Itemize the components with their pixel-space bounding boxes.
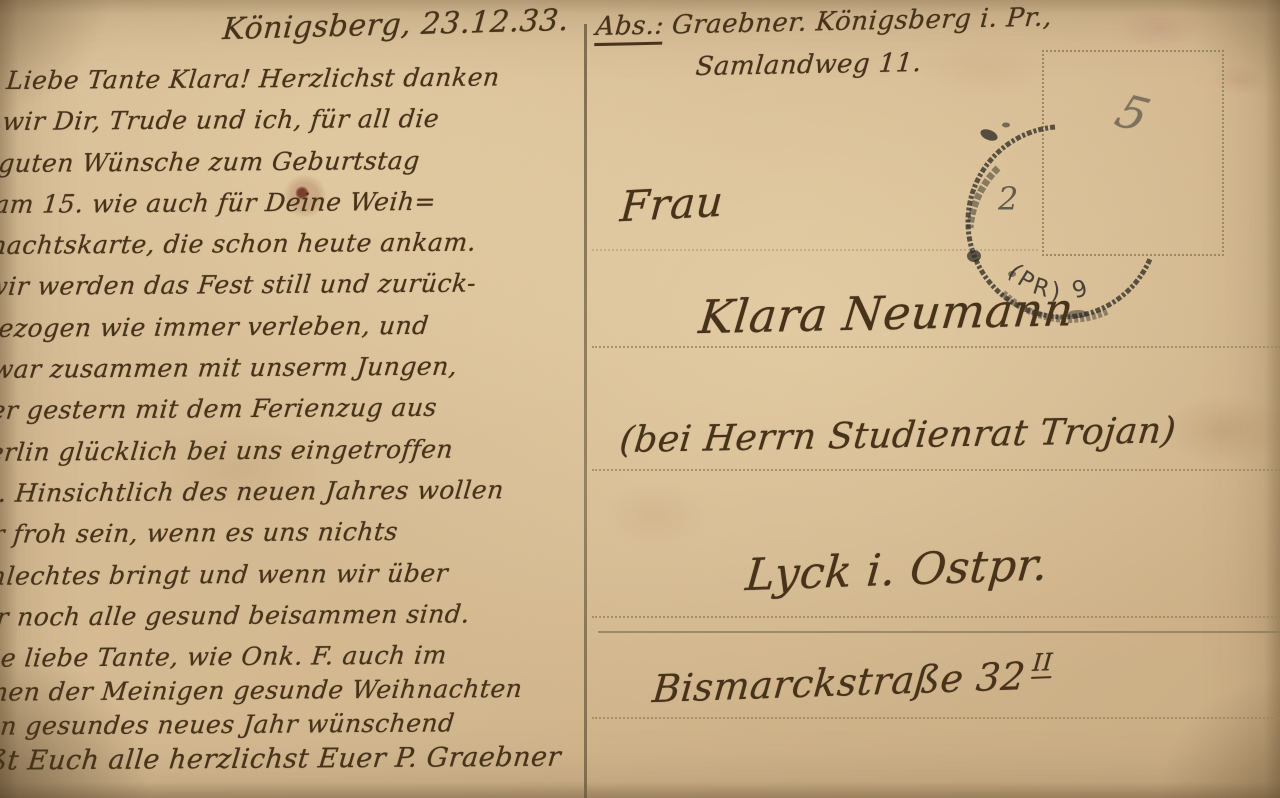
message-line: grüßt Euch alle herzlichst Euer P. Graeb…: [0, 741, 594, 779]
message-line: Jahr noch alle gesund beisammen sind.: [0, 598, 608, 644]
address-street: Bismarckstraße 32II: [651, 648, 1054, 711]
message-line: guten Wünsche zum Geburtstag: [0, 144, 652, 190]
sender-line: Abs.:Graebner. Königsberg i. Pr.,: [594, 2, 1053, 42]
message-line: gezogen wie immer verleben, und: [0, 309, 636, 355]
message-line: Liebe Tante Klara! Herzlichst danken: [4, 61, 661, 107]
address-rule-5: [592, 717, 1280, 719]
message-line: u. ein gesundes neues Jahr wünschend: [0, 707, 597, 745]
message-line: Die liebe Tante, wie Onk. F. auch im: [0, 640, 604, 678]
message-line: wir froh sein, wenn es uns nichts: [0, 516, 616, 562]
message-line: ist. Hinsichtlich des neuen Jahres wolle…: [0, 474, 620, 520]
message-line: Schlechtes bringt und wenn wir über: [0, 557, 612, 603]
message-line: Berlin glücklich bei uns eingetroffen: [0, 433, 624, 479]
address-rule-4: [592, 616, 1280, 618]
sender-abs-label: Abs.:: [594, 11, 665, 46]
address-salutation: Frau: [619, 177, 726, 232]
sender-street: Samlandweg 11.: [694, 48, 923, 82]
address-rule-solid: [598, 631, 1280, 633]
address-floor-numeral: II: [1031, 648, 1054, 679]
address-street-text: Bismarckstraße 32: [651, 654, 1028, 711]
message-line: am 15. wie auch für Deine Weih=: [0, 185, 648, 231]
message-line: wir Dir, Trude und ich, für all die: [0, 103, 656, 149]
message-line: zwar zusammen mit unserm Jungen,: [0, 351, 632, 397]
message-line: der gestern mit dem Ferienzug aus: [0, 392, 628, 438]
address-co-line: (bei Herrn Studienrat Trojan): [618, 410, 1179, 461]
postcard-scan: Königsberg, 23.12.33. Liebe Tante Klara!…: [0, 0, 1280, 798]
address-name: Klara Neumann: [697, 282, 1077, 344]
address-rule-3: [592, 469, 1280, 471]
message-body: Liebe Tante Klara! Herzlichst dankenwir …: [0, 61, 660, 779]
sender-name-city: Graebner. Königsberg i. Pr.,: [671, 2, 1054, 40]
message-line: Namen der Meinigen gesunde Weihnachten: [0, 673, 600, 711]
dateline: Königsberg, 23.12.33.: [221, 3, 570, 47]
address-town: Lyck i. Ostpr.: [744, 539, 1051, 601]
postmark-center-digit: 2: [997, 180, 1018, 218]
message-line: nachtskarte, die schon heute ankam.: [0, 227, 644, 273]
address-rule-2: [592, 346, 1280, 348]
address-rule-1: [592, 249, 1038, 251]
message-line: wir werden das Fest still und zurück-: [0, 268, 640, 314]
